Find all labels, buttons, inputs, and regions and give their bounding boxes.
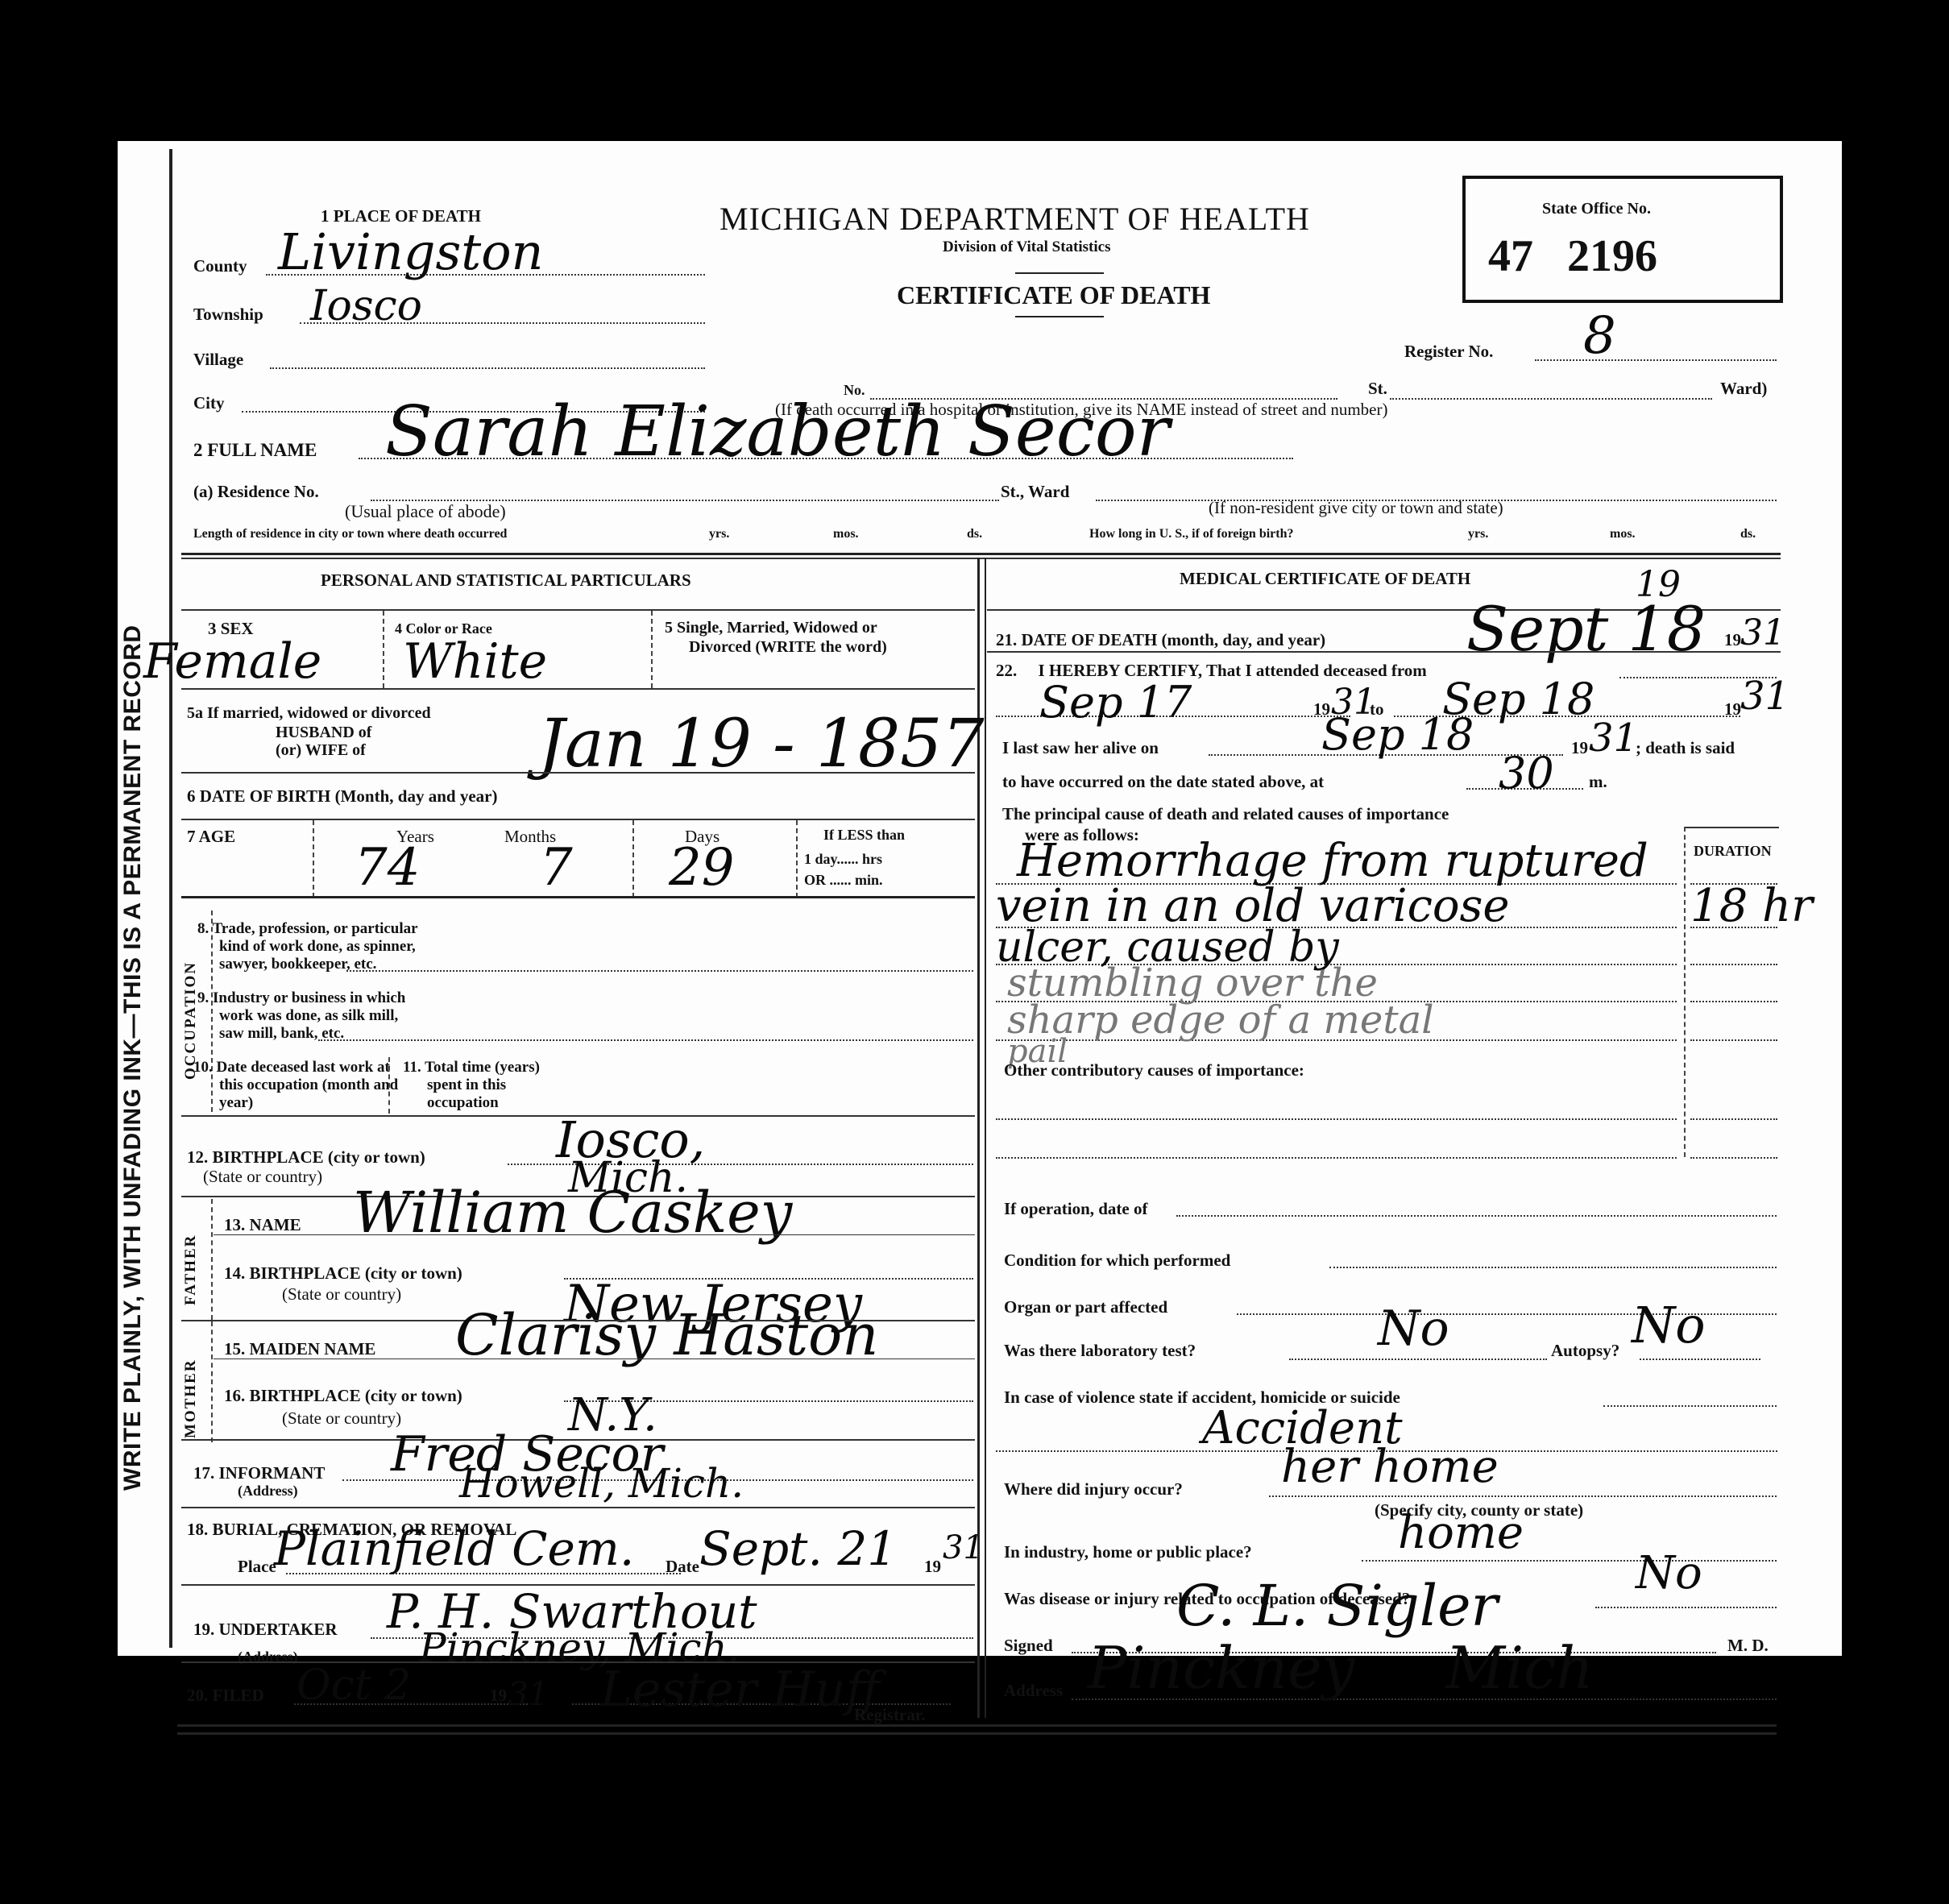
residence-label: (a) Residence No.	[193, 482, 319, 502]
violence-dots	[1603, 1405, 1777, 1407]
unit-yrs-2: yrs.	[1468, 527, 1488, 541]
registrar-signature: Lester Huff	[600, 1661, 880, 1718]
injury-where-label: Where did injury occur?	[1004, 1479, 1183, 1500]
filed-date-value: Oct 2	[296, 1661, 411, 1710]
burial-place-label: Place	[238, 1557, 276, 1577]
county-label: County	[193, 256, 247, 276]
mother-maiden-name-label: 15. MAIDEN NAME	[224, 1339, 375, 1359]
filed-label: 20. FILED	[187, 1686, 264, 1706]
registrar-label: Registrar.	[854, 1705, 925, 1725]
st-ward-label: St., Ward	[1001, 482, 1069, 502]
burial-date-value: Sept. 21	[699, 1521, 897, 1576]
divider	[313, 820, 314, 898]
duration-line-dots	[1690, 1039, 1777, 1041]
md-label: M. D.	[1727, 1636, 1769, 1656]
mother-birthplace-label: 16. BIRTHPLACE (city or town)	[224, 1386, 462, 1406]
burial-year-prefix: 19	[924, 1557, 941, 1577]
age-months-value: 7	[540, 838, 573, 898]
lab-test-label: Was there laboratory test?	[1004, 1341, 1196, 1361]
informant-label: 17. INFORMANT	[193, 1463, 325, 1483]
spouse-label-3: (or) WIFE of	[276, 741, 366, 760]
lab-test-dots	[1289, 1359, 1547, 1360]
last-saw-value: Sep 18	[1321, 709, 1474, 760]
last-work-label-1: 10. Date deceased last work at	[193, 1059, 390, 1076]
title-rule-top	[1015, 272, 1104, 274]
industry-label-2: work was done, as silk mill,	[219, 1007, 398, 1025]
condition-dots	[1329, 1267, 1777, 1268]
operation-dots	[1176, 1215, 1777, 1217]
village-label: Village	[193, 350, 243, 370]
unit-ds: ds.	[967, 527, 982, 541]
bottom-rule-1	[177, 1724, 1777, 1727]
birthplace-state-label: (State or country)	[203, 1167, 322, 1187]
m-label: m.	[1589, 772, 1607, 792]
marital-label-1: 5 Single, Married, Widowed or	[665, 619, 877, 637]
certificate-title: CERTIFICATE OF DEATH	[897, 280, 1210, 310]
title-rule-bottom	[1015, 316, 1104, 317]
father-birthplace-state-label: (State or country)	[282, 1284, 401, 1305]
total-time-label-2: spent in this	[427, 1076, 506, 1094]
date-of-death-value: Sept 18	[1466, 593, 1706, 665]
occurred-at-label: to have occurred on the date stated abov…	[1002, 772, 1324, 792]
injury-where-dots	[1269, 1495, 1777, 1497]
total-time-label-1: 11. Total time (years)	[403, 1059, 540, 1076]
personal-section-title: PERSONAL AND STATISTICAL PARTICULARS	[321, 570, 691, 591]
divider	[632, 820, 634, 898]
rule	[181, 609, 975, 611]
burial-place-value: Plainfield Cem.	[274, 1521, 634, 1576]
age-label: 7 AGE	[187, 827, 235, 847]
other-causes-dots	[996, 1118, 1677, 1120]
rule	[214, 1359, 975, 1359]
cause-line-5: sharp edge of a metal	[1007, 998, 1434, 1043]
industry-place-label: In industry, home or public place?	[1004, 1542, 1252, 1562]
occupation-related-dots	[1595, 1607, 1777, 1608]
race-value: White	[403, 633, 547, 690]
township-value: Iosco	[310, 282, 422, 330]
industry-place-value: home	[1398, 1507, 1524, 1559]
column-divider-2	[985, 558, 986, 1718]
divider	[211, 911, 213, 1112]
date-of-birth-value: Jan 19 - 1857	[538, 706, 985, 782]
duration-line-dots	[1690, 1001, 1777, 1002]
cause-label-1: The principal cause of death and related…	[1002, 804, 1449, 824]
last-saw-year-prefix: 19	[1571, 738, 1588, 758]
marital-label-2: Divorced (WRITE the word)	[689, 638, 887, 657]
register-dots	[1535, 359, 1777, 361]
date-of-death-year-prefix: 19	[1724, 630, 1741, 650]
rule	[1684, 827, 1779, 828]
rule	[214, 1234, 975, 1235]
rule	[181, 772, 975, 774]
divider	[211, 1199, 213, 1320]
total-time-label-3: occupation	[427, 1094, 499, 1112]
city-label: City	[193, 393, 225, 413]
birthplace-label: 12. BIRTHPLACE (city or town)	[187, 1147, 425, 1168]
less-than-label-1: If LESS than	[823, 827, 905, 844]
st-dots	[1390, 398, 1712, 400]
left-border-rule	[169, 149, 172, 1648]
father-birthplace-label: 14. BIRTHPLACE (city or town)	[224, 1263, 462, 1284]
other-duration-dots	[1690, 1118, 1777, 1120]
foreign-birth-label: How long in U. S., if of foreign birth?	[1089, 527, 1294, 541]
trade-label-2: kind of work done, as spinner,	[219, 938, 416, 956]
rule	[181, 819, 975, 820]
last-saw-year: 31	[1589, 716, 1638, 761]
abode-note: (Usual place of abode)	[345, 501, 506, 522]
address-label: Address	[1004, 1681, 1063, 1701]
last-saw-label: I last saw her alive on	[1002, 738, 1159, 758]
spouse-label-1: 5a If married, widowed or divorced	[187, 704, 431, 723]
full-name-value: Sarah Elizabeth Secor	[385, 392, 1170, 472]
division-subtitle: Division of Vital Statistics	[943, 239, 1110, 256]
register-value: 8	[1583, 306, 1616, 366]
divider	[796, 820, 798, 898]
township-label: Township	[193, 305, 263, 325]
mother-side-label: MOTHER	[182, 1359, 200, 1438]
lab-test-value: No	[1378, 1300, 1449, 1357]
condition-label: Condition for which performed	[1004, 1251, 1230, 1271]
last-work-label-3: year)	[219, 1094, 253, 1112]
attended-to-year-prefix: 19	[1724, 699, 1741, 720]
rule	[181, 688, 975, 690]
signed-label: Signed	[1004, 1636, 1053, 1656]
other-causes-dots	[996, 1157, 1677, 1159]
death-said-label: ; death is said	[1636, 738, 1735, 758]
filed-year-prefix: 19	[490, 1686, 507, 1706]
divider	[651, 611, 653, 688]
divider	[211, 1321, 213, 1442]
divider	[383, 611, 384, 688]
physician-address-value: Pinckney Mich	[1088, 1634, 1594, 1702]
rule	[987, 651, 1781, 653]
filed-year-value: 31	[508, 1676, 549, 1713]
father-name-value: William Caskey	[353, 1180, 792, 1246]
full-name-label: 2 FULL NAME	[193, 440, 317, 461]
father-name-label: 13. NAME	[224, 1215, 301, 1235]
other-causes-label: Other contributory causes of importance:	[1004, 1060, 1304, 1081]
register-label: Register No.	[1404, 342, 1493, 362]
time-of-death-value: 30	[1499, 748, 1554, 799]
state-office-number: 47 2196	[1488, 230, 1657, 282]
autopsy-value: No	[1632, 1296, 1706, 1354]
date-of-birth-label: 6 DATE OF BIRTH (Month, day and year)	[187, 786, 497, 807]
less-than-label-3: OR ...... min.	[804, 872, 883, 889]
state-office-label: State Office No.	[1542, 200, 1651, 218]
bottom-rule-2	[177, 1732, 1777, 1735]
father-side-label: FATHER	[182, 1234, 200, 1305]
autopsy-dots	[1640, 1359, 1760, 1360]
industry-place-dots	[1362, 1560, 1777, 1562]
industry-dots	[318, 1039, 973, 1041]
unit-yrs: yrs.	[709, 527, 729, 541]
nonresident-note: (If non-resident give city or town and s…	[1209, 498, 1503, 518]
less-than-label-2: 1 day...... hrs	[804, 851, 882, 868]
ward-label: Ward)	[1720, 379, 1767, 399]
county-value: Livingston	[278, 222, 543, 281]
informant-address-label: (Address)	[238, 1483, 298, 1500]
date-of-death-label: 21. DATE OF DEATH (month, day, and year)	[996, 630, 1325, 650]
age-days-value: 29	[669, 838, 734, 898]
unit-ds-2: ds.	[1740, 527, 1756, 541]
operation-label: If operation, date of	[1004, 1199, 1147, 1219]
duration-line-dots	[1690, 964, 1777, 965]
unit-mos: mos.	[833, 527, 859, 541]
occupation-related-value: No	[1636, 1547, 1702, 1599]
injury-where-value: her home	[1281, 1441, 1499, 1493]
unit-mos-2: mos.	[1610, 527, 1636, 541]
attended-to-year: 31	[1740, 674, 1789, 719]
side-notice: WRITE PLAINLY, WITH UNFADING INK—THIS IS…	[119, 419, 147, 1491]
organ-label: Organ or part affected	[1004, 1297, 1167, 1317]
sex-value: Female	[143, 633, 321, 690]
autopsy-label: Autopsy?	[1551, 1341, 1619, 1361]
section-divider	[181, 553, 1781, 555]
attended-from-value: Sep 17	[1039, 677, 1192, 728]
st-label: St.	[1368, 379, 1387, 399]
medical-section-title: MEDICAL CERTIFICATE OF DEATH	[1180, 569, 1470, 589]
last-work-label-2: this occupation (month and	[219, 1076, 398, 1094]
duration-divider	[1684, 827, 1686, 1157]
section-divider-2	[181, 558, 1781, 559]
mother-birthplace-state-label: (State or country)	[282, 1408, 401, 1429]
state-office-box: State Office No. 47 2196	[1462, 176, 1783, 303]
industry-label-1: 9. Industry or business in which	[197, 989, 405, 1007]
undertaker-label: 19. UNDERTAKER	[193, 1620, 338, 1640]
age-years-value: 74	[355, 838, 420, 898]
length-of-residence-label: Length of residence in city or town wher…	[193, 527, 507, 541]
duration-value: 18 hr	[1690, 880, 1813, 932]
rule	[181, 896, 975, 898]
trade-dots	[346, 970, 973, 972]
department-title: MICHIGAN DEPARTMENT OF HEALTH	[719, 200, 1310, 238]
physician-signature: C. L. Sigler	[1176, 1573, 1498, 1639]
rule	[181, 1507, 975, 1508]
spouse-label-2: HUSBAND of	[276, 724, 371, 742]
burial-date-label: Date	[666, 1557, 699, 1577]
village-dots	[270, 367, 705, 369]
date-of-death-year: 31	[1740, 612, 1785, 653]
other-duration-dots	[1690, 1157, 1777, 1159]
duration-label: DURATION	[1694, 843, 1772, 860]
informant-address-value: Howell, Mich.	[459, 1460, 744, 1507]
burial-year-value: 31	[943, 1529, 984, 1566]
divider	[388, 1057, 390, 1114]
trade-label-1: 8. Trade, profession, or particular	[197, 920, 418, 938]
